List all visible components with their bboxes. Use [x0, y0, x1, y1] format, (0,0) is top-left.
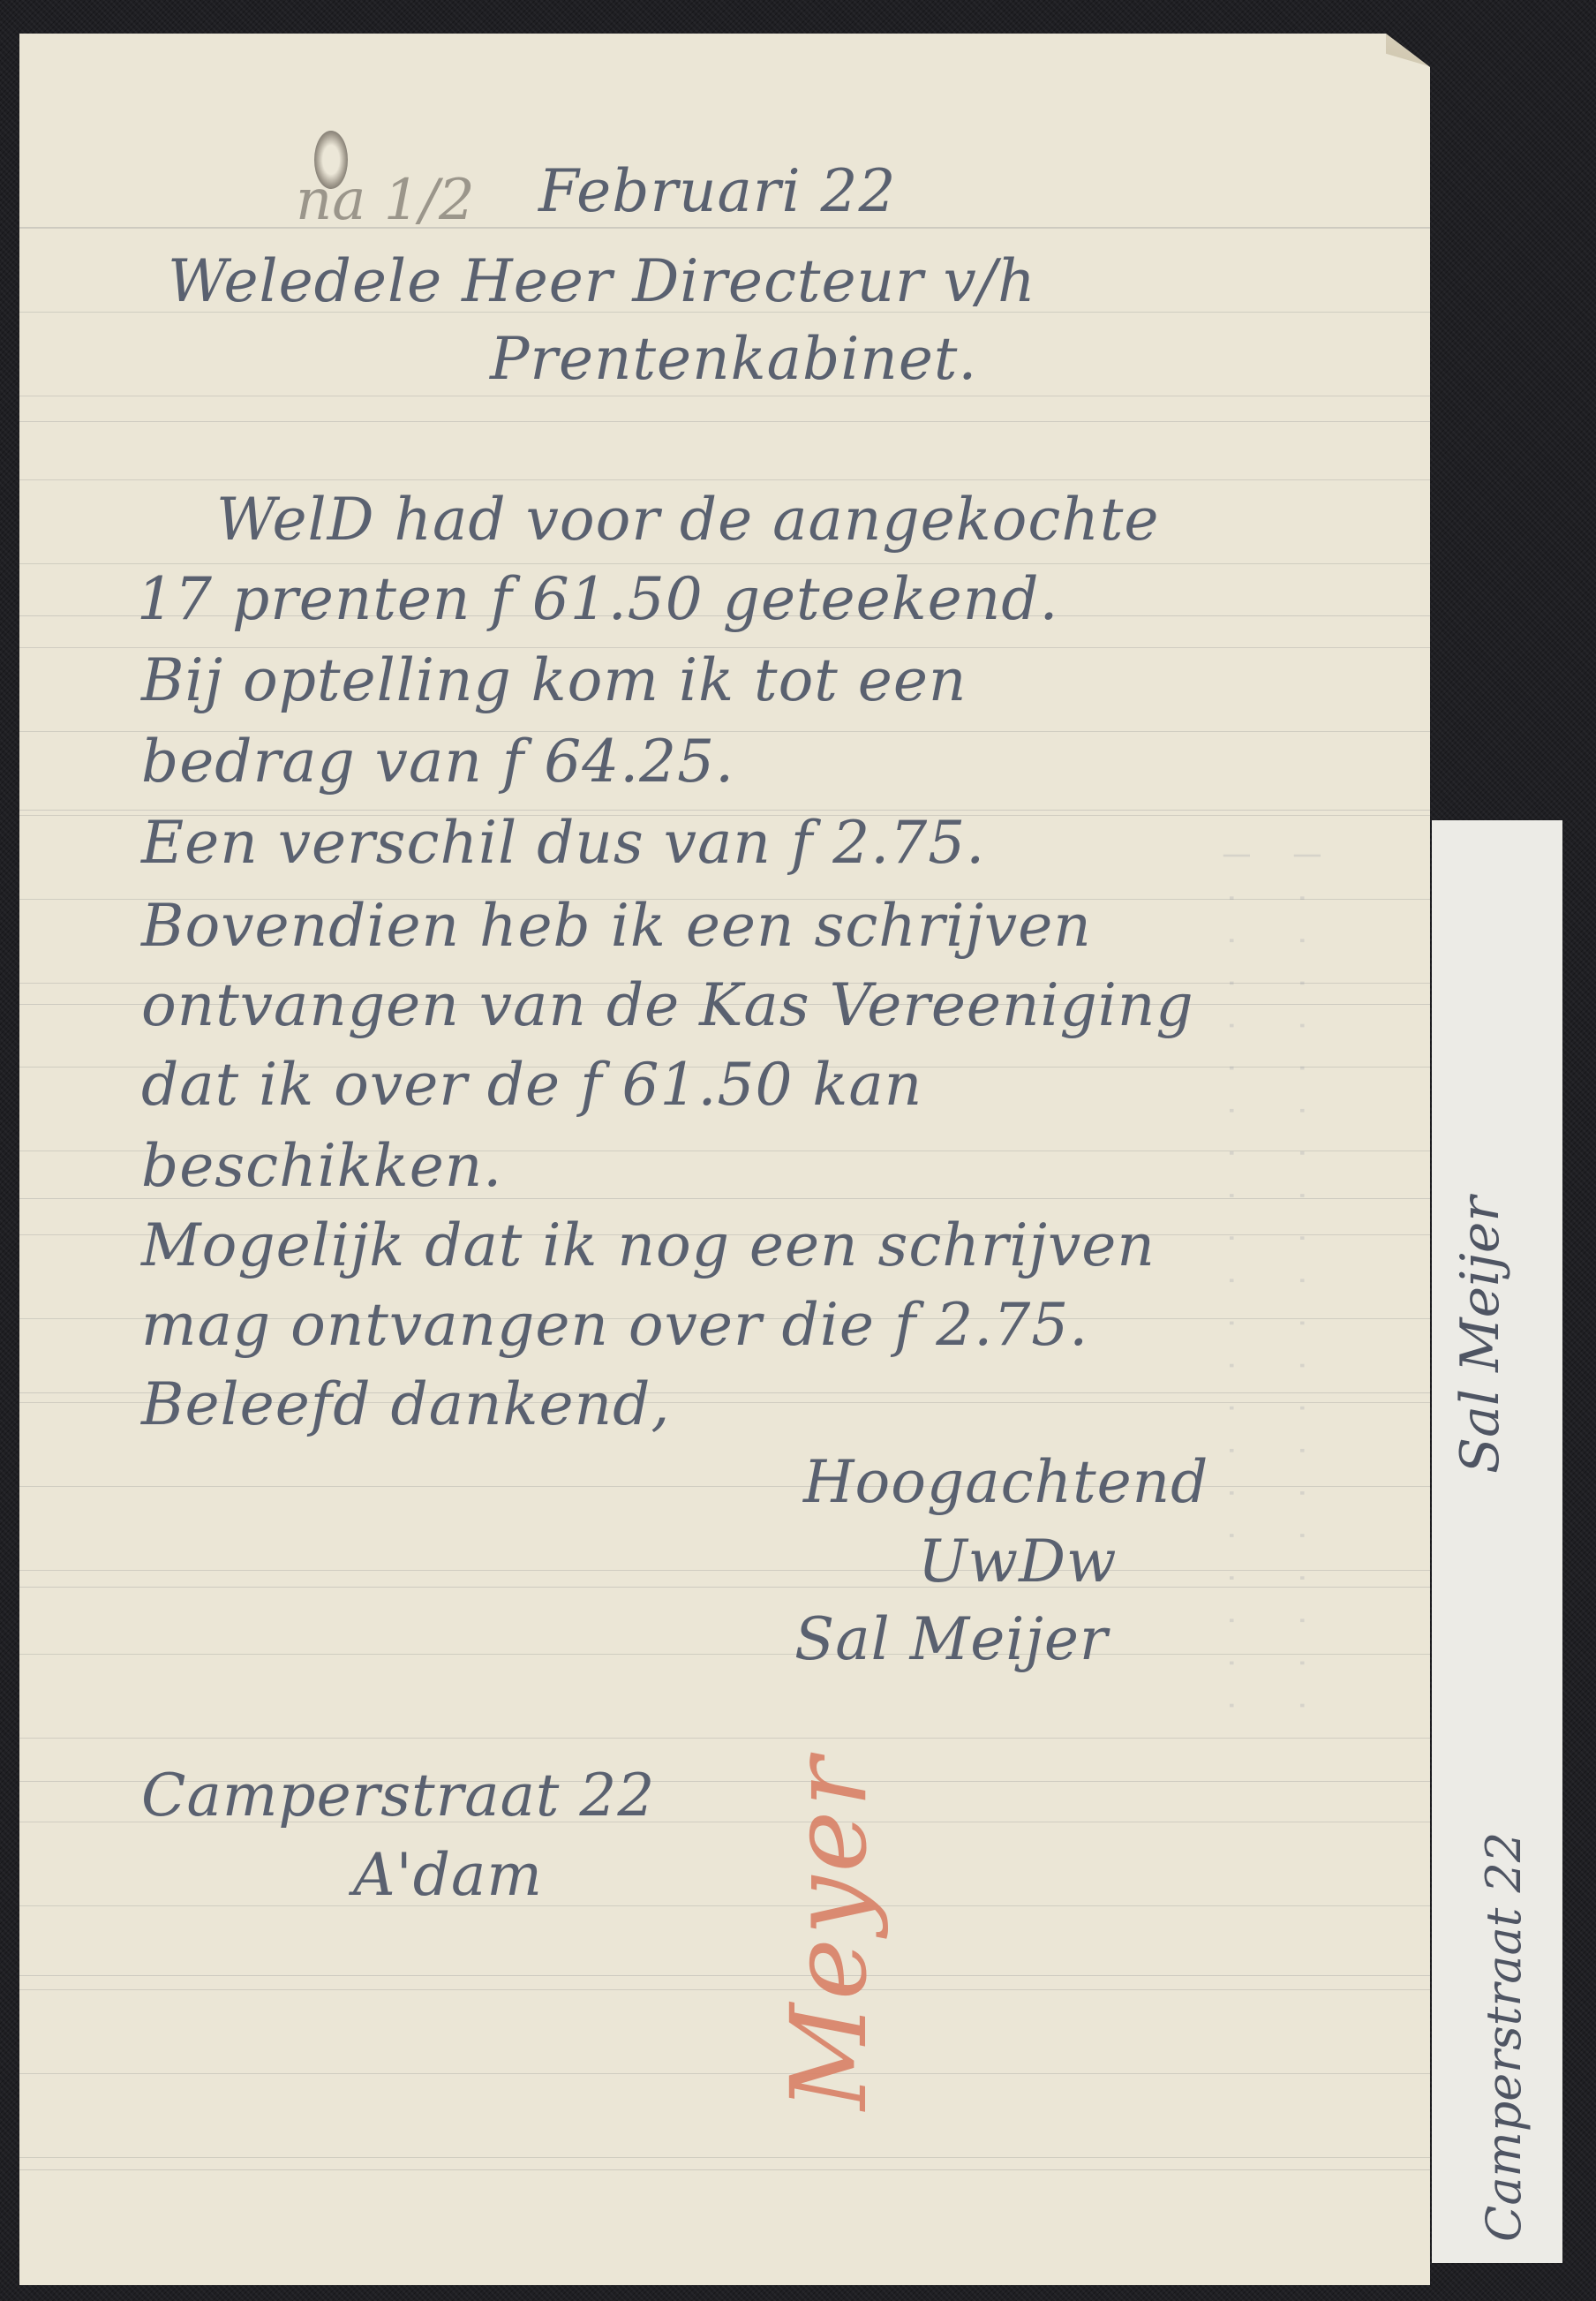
- show-through-text: | . . . . . . . . . . . . . . . . . . . …: [1293, 848, 1324, 1719]
- body-line: mag ontvangen over die f 2.75.: [141, 1291, 1088, 1359]
- slip-signature: Sal Meijer: [1449, 1196, 1511, 1474]
- ruled-line: [19, 1486, 1430, 1487]
- body-line: Mogelijk dat ik nog een schrijven: [141, 1211, 1156, 1279]
- closing-uwdw: UwDw: [918, 1528, 1118, 1596]
- body-line: beschikken.: [141, 1132, 502, 1200]
- date-line: Februari 22: [538, 157, 897, 225]
- body-line: Een verschil dus van f 2.75.: [141, 809, 985, 877]
- ruled-line: [19, 2157, 1430, 2158]
- ruled-line: [19, 228, 1430, 229]
- salutation-line-1: Weledele Heer Directeur v/h: [168, 247, 1036, 315]
- slip-address: Camperstraat 22: [1476, 1832, 1532, 2242]
- ruled-line: [19, 2073, 1430, 2074]
- ruled-line: [19, 1654, 1430, 1655]
- ruled-line: [19, 1989, 1430, 1990]
- address-city: A'dam: [353, 1841, 543, 1909]
- ruled-line: [19, 1570, 1430, 1571]
- body-line: 17 prenten f 61.50 geteekend.: [137, 565, 1058, 633]
- folded-corner: [1386, 34, 1432, 67]
- body-line: Bij optelling kom ik tot een: [141, 646, 967, 714]
- red-crayon-annotation: Meyer: [768, 1754, 890, 2110]
- salutation-line-2: Prentenkabinet.: [490, 325, 977, 393]
- ruled-line: [19, 479, 1430, 480]
- ruled-line: [19, 563, 1430, 564]
- ruled-line: [19, 396, 1430, 396]
- pencil-annotation: na 1/2: [296, 168, 475, 233]
- show-through-text: | . . . . . . . . . . . . . . . . . . . …: [1223, 848, 1253, 1719]
- body-line: dat ik over de f 61.50 kan: [141, 1051, 922, 1119]
- attached-slip: Sal Meijer Camperstraat 22: [1432, 820, 1562, 2263]
- body-line: ontvangen van de Kas Vereeniging: [141, 971, 1194, 1039]
- closing-hoogachtend: Hoogachtend: [803, 1448, 1208, 1516]
- body-line: Bovendien heb ik een schrijven: [141, 892, 1092, 960]
- body-line: WelD had voor de aangekochte: [216, 486, 1159, 554]
- ruled-line: [19, 1905, 1430, 1906]
- ruled-line: [19, 1738, 1430, 1739]
- signature: Sal Meijer: [794, 1605, 1108, 1673]
- body-line: Beleefd dankend,: [141, 1370, 670, 1438]
- body-line: bedrag van f 64.25.: [141, 728, 734, 796]
- address-street: Camperstraat 22: [141, 1762, 655, 1829]
